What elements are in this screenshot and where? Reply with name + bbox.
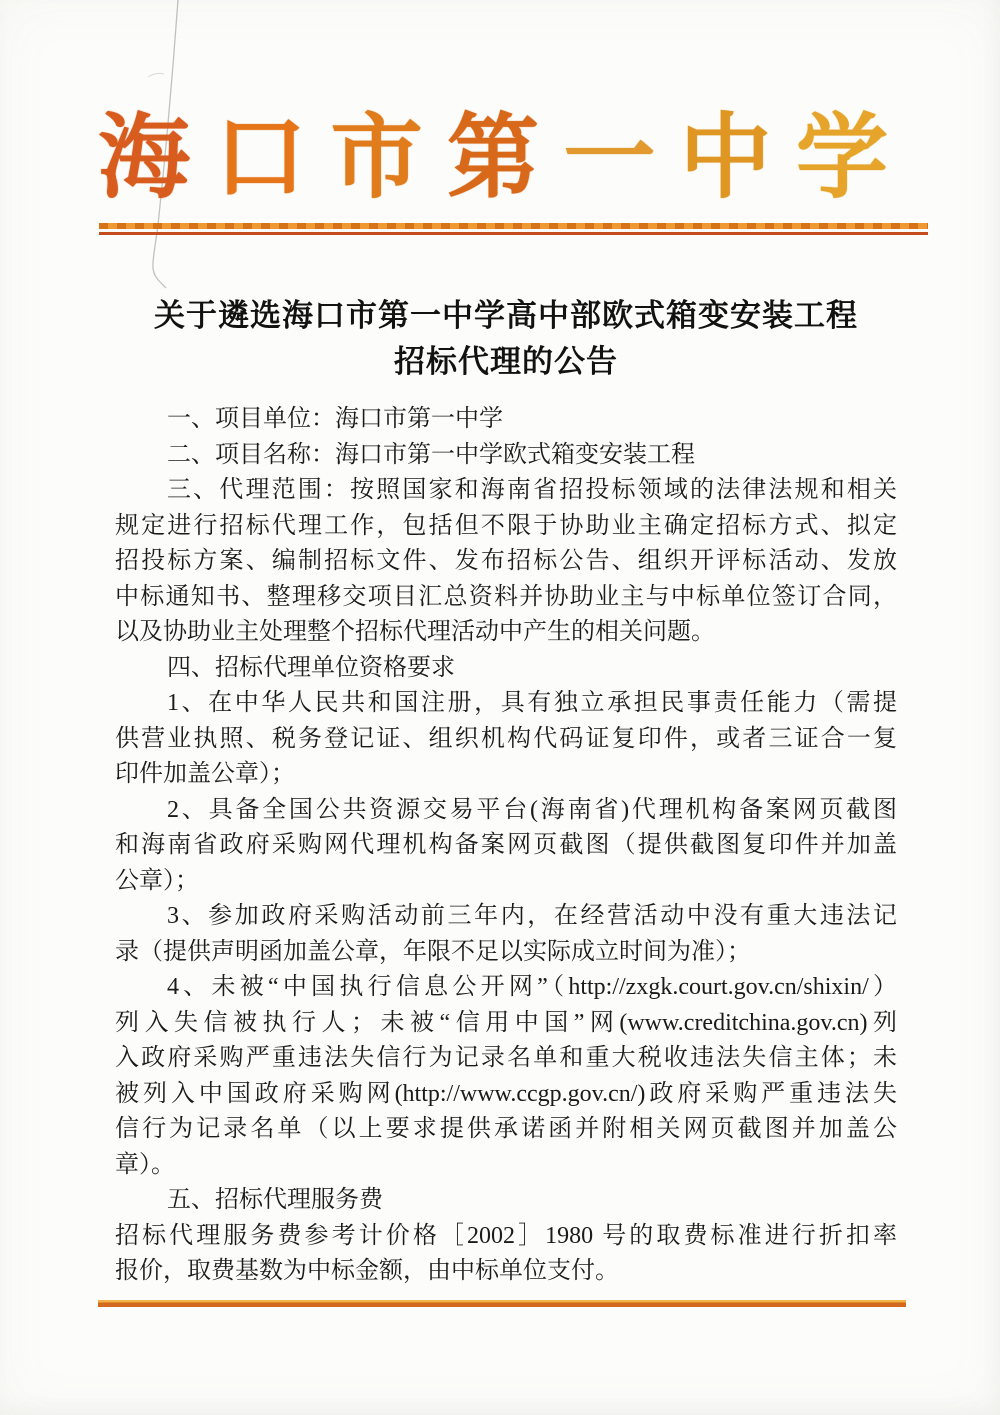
body-line: 列入失信被执行人；未被“信用中国”网(www.creditchina.gov.c… [115, 1006, 897, 1042]
document-title-line-2: 招标代理的公告 [115, 339, 897, 385]
body-line: 录（提供声明函加盖公章，年限不足以实际成立时间为准）； [115, 935, 897, 971]
body-line: 以及协助业主处理整个招标代理活动中产生的相关问题。 [115, 615, 897, 651]
body-line: 和海南省政府采购网代理机构备案网页截图（提供截图复印件并加盖 [115, 828, 897, 864]
letterhead-char: 学 [796, 106, 888, 212]
header-rule-thin [99, 232, 928, 235]
body-line: 被列入中国政府采购网(http://www.ccgp.gov.cn/)政府采购严… [115, 1077, 897, 1113]
body-line: 招标代理服务费参考计价格［2002］1980 号的取费标准进行折扣率 [115, 1219, 897, 1255]
body-line: 1、在中华人民共和国注册，具有独立承担民事责任能力（需提 [115, 686, 897, 722]
document-title-line-1: 关于遴选海口市第一中学高中部欧式箱变安装工程 [115, 293, 897, 339]
footer-rule [98, 1300, 906, 1307]
header-rule-thick [99, 223, 928, 229]
letterhead-char: 市 [331, 106, 423, 212]
document-body: 一、项目单位：海口市第一中学 二、项目名称：海口市第一中学欧式箱变安装工程 三、… [115, 402, 897, 1290]
body-line: 五、招标代理服务费 [115, 1183, 897, 1219]
letterhead-char: 中 [680, 106, 772, 212]
body-line: 公章）； [115, 864, 897, 900]
letterhead-char: 第 [447, 106, 539, 212]
body-line: 三、代理范围：按照国家和海南省招投标领域的法律法规和相关 [115, 473, 897, 509]
body-line: 二、项目名称：海口市第一中学欧式箱变安装工程 [115, 438, 897, 474]
body-line: 4、未被“中国执行信息公开网”（http://zxgk.court.gov.cn… [115, 970, 897, 1006]
body-line: 报价，取费基数为中标金额，由中标单位支付。 [115, 1254, 897, 1290]
letterhead-char: 一 [563, 106, 655, 212]
body-line: 规定进行招标代理工作，包括但不限于协助业主确定招标方式、拟定 [115, 509, 897, 545]
body-line: 2、具备全国公共资源交易平台(海南省)代理机构备案网页截图 [115, 793, 897, 829]
letterhead-char: 海 [98, 106, 190, 212]
body-line: 信行为记录名单（以上要求提供承诺函并附相关网页截图并加盖公 [115, 1112, 897, 1148]
school-letterhead: 海 口 市 第 一 中 学 [98, 106, 888, 212]
document-title: 关于遴选海口市第一中学高中部欧式箱变安装工程 招标代理的公告 [115, 293, 897, 385]
body-line: 中标通知书、整理移交项目汇总资料并协助业主与中标单位签订合同， [115, 580, 897, 616]
body-line: 招投标方案、编制招标文件、发布招标公告、组织开评标活动、发放 [115, 544, 897, 580]
body-line: 入政府采购严重违法失信行为记录名单和重大税收违法失信主体；未 [115, 1041, 897, 1077]
body-line: 供营业执照、税务登记证、组织机构代码证复印件，或者三证合一复 [115, 722, 897, 758]
body-line: 印件加盖公章）； [115, 757, 897, 793]
body-line: 章）。 [115, 1148, 897, 1184]
scanned-document-page: 海 口 市 第 一 中 学 关于遴选海口市第一中学高中部欧式箱变安装工程 招标代… [0, 0, 1000, 1415]
body-line: 一、项目单位：海口市第一中学 [115, 402, 897, 438]
letterhead-char: 口 [214, 106, 306, 212]
body-line: 四、招标代理单位资格要求 [115, 651, 897, 687]
body-line: 3、参加政府采购活动前三年内，在经营活动中没有重大违法记 [115, 899, 897, 935]
